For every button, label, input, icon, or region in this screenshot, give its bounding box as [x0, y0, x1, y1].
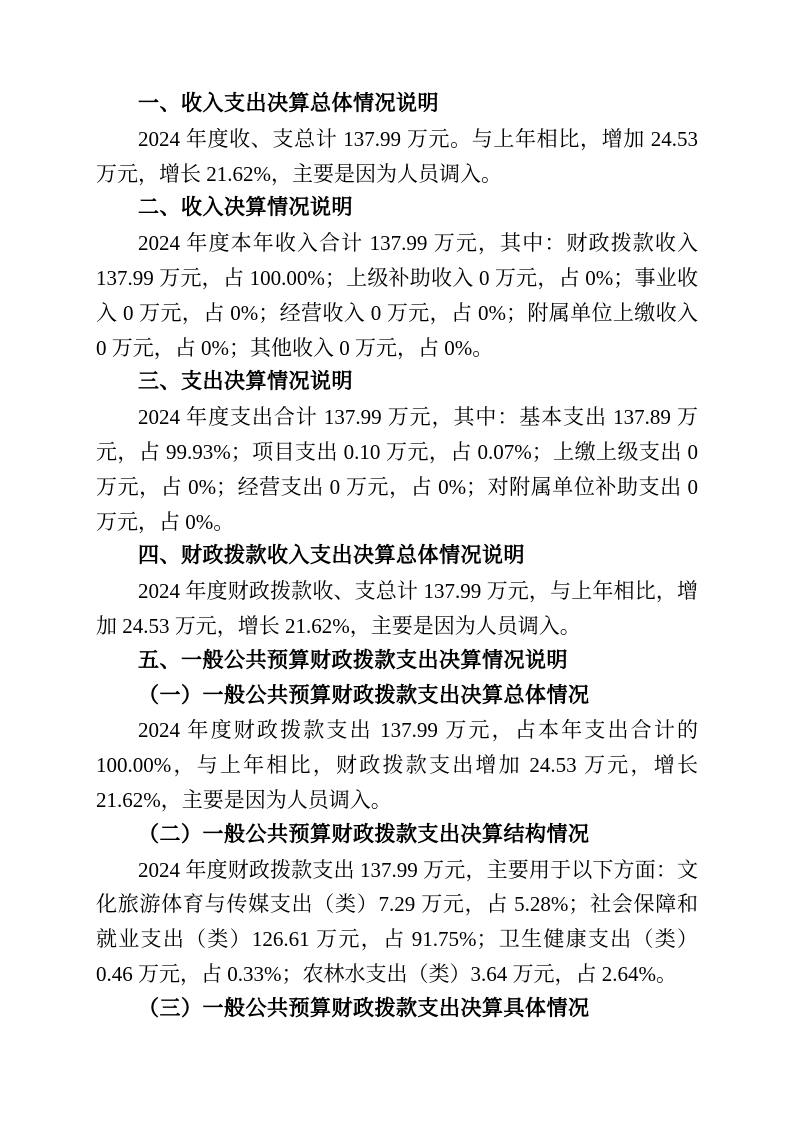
- heading-section-1-overall-revenue-expenditure: 一、收入支出决算总体情况说明: [96, 87, 698, 122]
- heading-section-2-revenue-final-accounts: 二、收入决算情况说明: [96, 191, 698, 226]
- document-content: 一、收入支出决算总体情况说明 2024 年度收、支总计 137.99 万元。与上…: [96, 87, 698, 1027]
- heading-section-5-general-public-budget: 五、一般公共预算财政拨款支出决算情况说明: [96, 644, 698, 679]
- document-page: 一、收入支出决算总体情况说明 2024 年度收、支总计 137.99 万元。与上…: [0, 0, 793, 1122]
- paragraph-expenditure-final-accounts: 2024 年度支出合计 137.99 万元，其中：基本支出 137.89 万元，…: [96, 400, 698, 539]
- heading-section-4-fiscal-appropriation-overall: 四、财政拨款收入支出决算总体情况说明: [96, 539, 698, 574]
- paragraph-general-budget-overall: 2024 年度财政拨款支出 137.99 万元，占本年支出合计的 100.00%…: [96, 713, 698, 817]
- paragraph-revenue-final-accounts: 2024 年度本年收入合计 137.99 万元，其中：财政拨款收入 137.99…: [96, 226, 698, 365]
- subheading-5-3-specific-situation: （三）一般公共预算财政拨款支出决算具体情况: [96, 992, 698, 1027]
- paragraph-general-budget-structure: 2024 年度财政拨款支出 137.99 万元，主要用于以下方面：文化旅游体育与…: [96, 853, 698, 992]
- heading-section-3-expenditure-final-accounts: 三、支出决算情况说明: [96, 365, 698, 400]
- paragraph-overall-revenue-expenditure: 2024 年度收、支总计 137.99 万元。与上年相比，增加 24.53 万元…: [96, 122, 698, 192]
- subheading-5-2-structure-situation: （二）一般公共预算财政拨款支出决算结构情况: [96, 818, 698, 853]
- paragraph-fiscal-appropriation-overall: 2024 年度财政拨款收、支总计 137.99 万元，与上年相比，增加 24.5…: [96, 574, 698, 644]
- subheading-5-1-overall-situation: （一）一般公共预算财政拨款支出决算总体情况: [96, 679, 698, 714]
